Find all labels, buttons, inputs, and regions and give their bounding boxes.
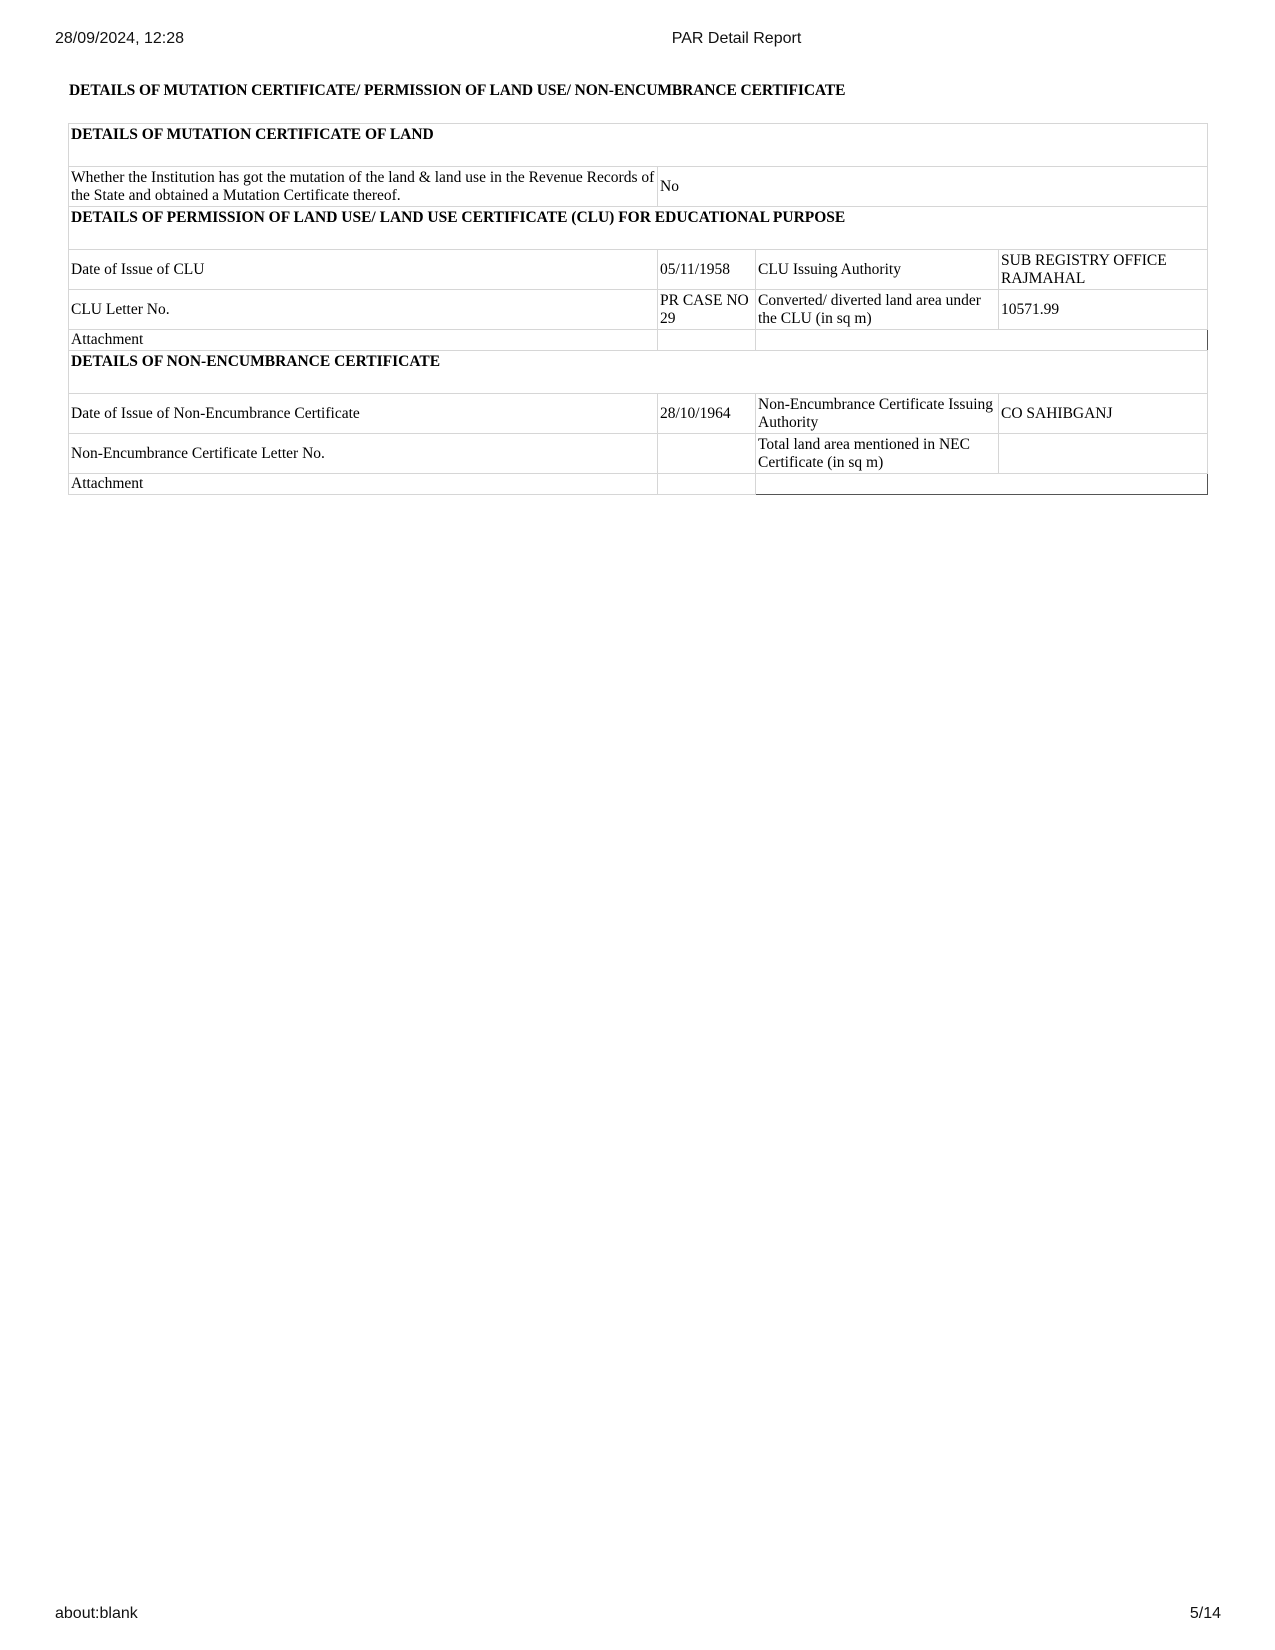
certificate-details-table: DETAILS OF MUTATION CERTIFICATE OF LAND … xyxy=(68,123,1208,495)
table-row: Whether the Institution has got the muta… xyxy=(69,167,1208,207)
table-row: Attachment xyxy=(69,330,1208,351)
nec-letter-value xyxy=(658,434,756,474)
clu-attachment-label: Attachment xyxy=(69,330,658,351)
nec-heading: DETAILS OF NON-ENCUMBRANCE CERTIFICATE xyxy=(69,351,1208,394)
nec-area-label: Total land area mentioned in NEC Certifi… xyxy=(756,434,999,474)
table-row: Date of Issue of Non-Encumbrance Certifi… xyxy=(69,394,1208,434)
nec-date-value: 28/10/1964 xyxy=(658,394,756,434)
mutation-answer-value: No xyxy=(658,167,1208,207)
clu-letter-value: PR CASE NO 29 xyxy=(658,290,756,330)
nec-attachment-link[interactable] xyxy=(756,474,1208,495)
clu-date-value: 05/11/1958 xyxy=(658,250,756,290)
nec-letter-label: Non-Encumbrance Certificate Letter No. xyxy=(69,434,658,474)
table-row: Attachment xyxy=(69,474,1208,495)
mutation-section-header: DETAILS OF MUTATION CERTIFICATE OF LAND xyxy=(69,124,1208,167)
mutation-question-label: Whether the Institution has got the muta… xyxy=(69,167,658,207)
nec-attachment-label: Attachment xyxy=(69,474,658,495)
print-page-number: 5/14 xyxy=(1190,1605,1221,1623)
clu-authority-label: CLU Issuing Authority xyxy=(756,250,999,290)
nec-date-label: Date of Issue of Non-Encumbrance Certifi… xyxy=(69,394,658,434)
clu-attachment-link[interactable] xyxy=(756,330,1208,351)
clu-authority-value: SUB REGISTRY OFFICE RAJMAHAL xyxy=(999,250,1208,290)
nec-attachment-value xyxy=(658,474,756,495)
print-page-title: PAR Detail Report xyxy=(99,30,1275,48)
nec-authority-label: Non-Encumbrance Certificate Issuing Auth… xyxy=(756,394,999,434)
clu-heading: DETAILS OF PERMISSION OF LAND USE/ LAND … xyxy=(69,207,1208,250)
clu-area-label: Converted/ diverted land area under the … xyxy=(756,290,999,330)
nec-section-header: DETAILS OF NON-ENCUMBRANCE CERTIFICATE xyxy=(69,351,1208,394)
mutation-heading: DETAILS OF MUTATION CERTIFICATE OF LAND xyxy=(69,124,1208,167)
table-row: CLU Letter No. PR CASE NO 29 Converted/ … xyxy=(69,290,1208,330)
print-url: about:blank xyxy=(55,1605,138,1623)
clu-section-header: DETAILS OF PERMISSION OF LAND USE/ LAND … xyxy=(69,207,1208,250)
clu-letter-label: CLU Letter No. xyxy=(69,290,658,330)
clu-date-label: Date of Issue of CLU xyxy=(69,250,658,290)
nec-authority-value: CO SAHIBGANJ xyxy=(999,394,1208,434)
table-row: Non-Encumbrance Certificate Letter No. T… xyxy=(69,434,1208,474)
nec-area-value xyxy=(999,434,1208,474)
clu-attachment-value xyxy=(658,330,756,351)
table-row: Date of Issue of CLU 05/11/1958 CLU Issu… xyxy=(69,250,1208,290)
clu-area-value: 10571.99 xyxy=(999,290,1208,330)
document-title: DETAILS OF MUTATION CERTIFICATE/ PERMISS… xyxy=(69,82,845,100)
